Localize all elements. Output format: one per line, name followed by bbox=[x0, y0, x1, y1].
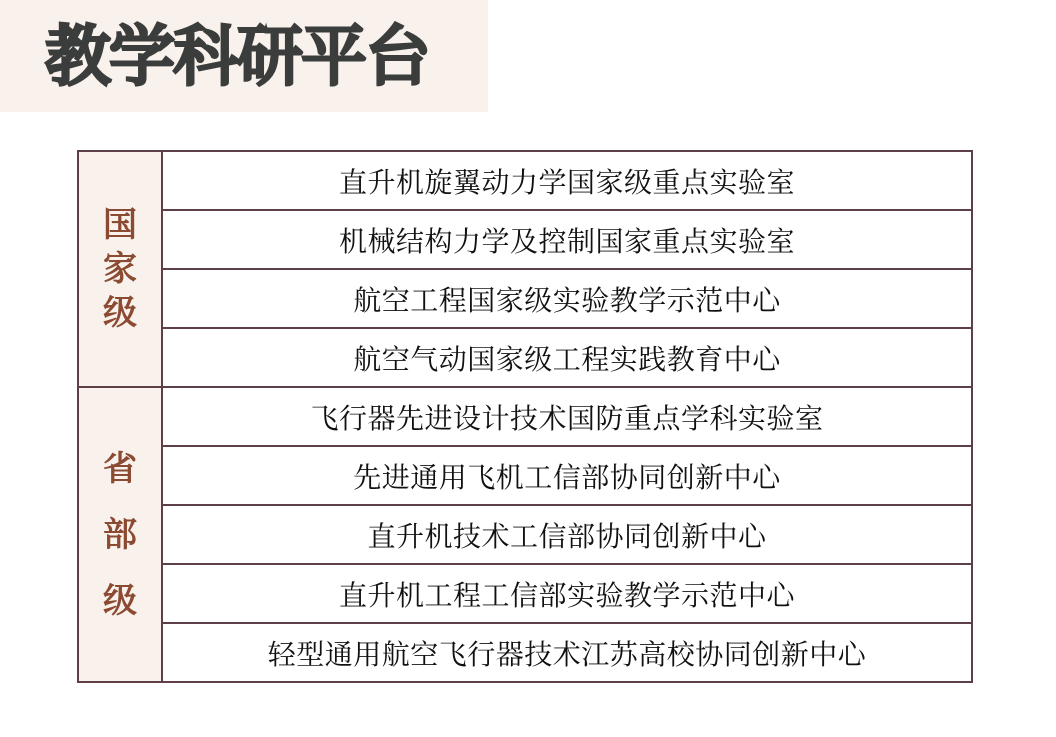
platform-item: 直升机工程工信部实验教学示范中心 bbox=[162, 564, 972, 623]
category-char: 省 bbox=[79, 447, 161, 491]
category-national: 国 家 级 bbox=[78, 151, 162, 387]
table-row: 航空工程国家级实验教学示范中心 bbox=[78, 269, 972, 328]
platform-item: 飞行器先进设计技术国防重点学科实验室 bbox=[162, 387, 972, 446]
table-row: 先进通用飞机工信部协同创新中心 bbox=[78, 446, 972, 505]
table-row: 国 家 级 直升机旋翼动力学国家级重点实验室 bbox=[78, 151, 972, 210]
category-provincial: 省 部 级 bbox=[78, 387, 162, 682]
platform-item: 机械结构力学及控制国家重点实验室 bbox=[162, 210, 972, 269]
page-title: 教学科研平台 bbox=[45, 12, 429, 102]
category-char: 家 bbox=[79, 247, 161, 291]
table-row: 航空气动国家级工程实践教育中心 bbox=[78, 328, 972, 387]
category-char: 级 bbox=[79, 291, 161, 335]
table-row: 轻型通用航空飞行器技术江苏高校协同创新中心 bbox=[78, 623, 972, 682]
platform-item: 航空气动国家级工程实践教育中心 bbox=[162, 328, 972, 387]
table-row: 直升机技术工信部协同创新中心 bbox=[78, 505, 972, 564]
title-banner: 教学科研平台 bbox=[0, 0, 488, 112]
category-char: 国 bbox=[79, 203, 161, 247]
table-row: 机械结构力学及控制国家重点实验室 bbox=[78, 210, 972, 269]
category-char: 级 bbox=[79, 579, 161, 623]
table-row: 直升机工程工信部实验教学示范中心 bbox=[78, 564, 972, 623]
platform-item: 先进通用飞机工信部协同创新中心 bbox=[162, 446, 972, 505]
platform-item: 直升机技术工信部协同创新中心 bbox=[162, 505, 972, 564]
platform-item: 直升机旋翼动力学国家级重点实验室 bbox=[162, 151, 972, 210]
table-row: 省 部 级 飞行器先进设计技术国防重点学科实验室 bbox=[78, 387, 972, 446]
platform-item: 航空工程国家级实验教学示范中心 bbox=[162, 269, 972, 328]
platform-item: 轻型通用航空飞行器技术江苏高校协同创新中心 bbox=[162, 623, 972, 682]
category-char: 部 bbox=[79, 513, 161, 557]
platform-table: 国 家 级 直升机旋翼动力学国家级重点实验室 机械结构力学及控制国家重点实验室 … bbox=[77, 150, 973, 683]
